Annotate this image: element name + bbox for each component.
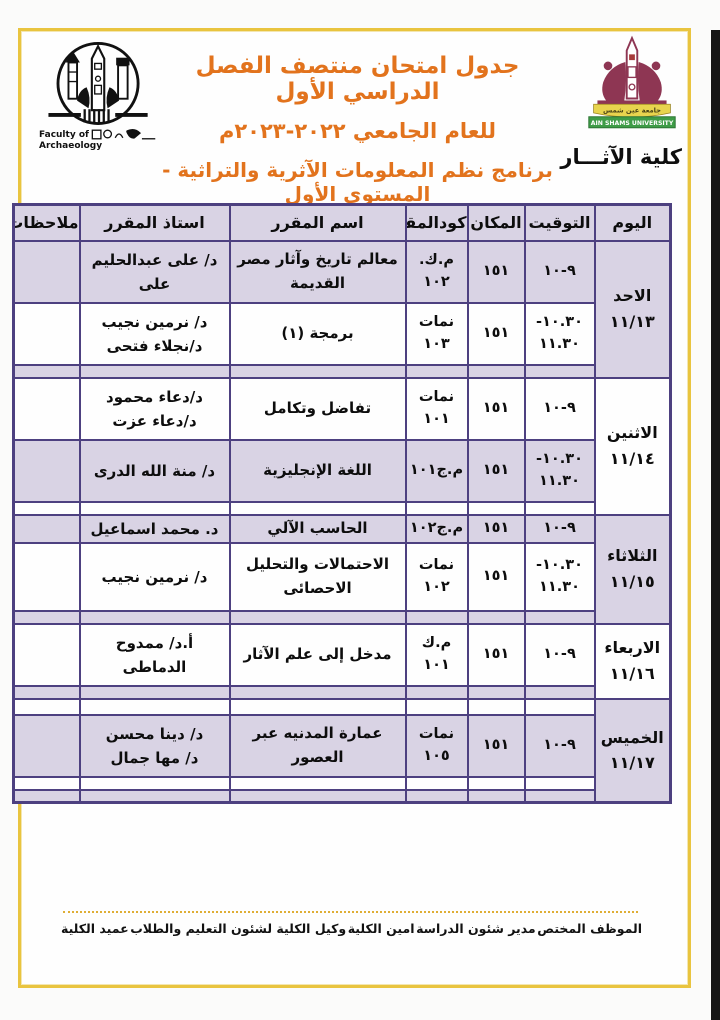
- spacer-row: [14, 502, 671, 515]
- course-cell: [230, 790, 406, 803]
- place-cell: [468, 790, 525, 803]
- col-header-time: التوقيت: [525, 205, 595, 241]
- exam-row: ١٠.٣٠-١١.٣٠١٥١نمات١٠٢الاحتمالات والتحليل…: [14, 543, 671, 611]
- notes-cell: [14, 440, 80, 502]
- notes-cell: [14, 790, 80, 803]
- code-cell: م.ج١٠٢: [406, 515, 468, 543]
- time-cell: [525, 502, 595, 515]
- code-cell: [406, 365, 468, 378]
- day-cell: الاحد١١/١٣: [595, 241, 671, 378]
- col-header-place: المكان: [468, 205, 525, 241]
- time-cell: [525, 611, 595, 624]
- exam-row: الاحد١١/١٣٩-١٠١٥١م.ك.١٠٢معالم تاريخ وآثا…: [14, 241, 671, 303]
- prof-cell: [80, 699, 230, 715]
- place-cell: [468, 502, 525, 515]
- time-cell: ٩-١٠: [525, 241, 595, 303]
- spacer-row: الخميس١١/١٧: [14, 699, 671, 715]
- col-header-course: اسم المقرر: [230, 205, 406, 241]
- time-cell: ٩-١٠: [525, 378, 595, 440]
- notes-cell: [14, 543, 80, 611]
- code-cell: م.ج١٠١: [406, 440, 468, 502]
- day-cell: الخميس١١/١٧: [595, 699, 671, 803]
- spacer-row: [14, 777, 671, 790]
- document-titles: جدول امتحان منتصف الفصل الدراسي الأول لل…: [145, 53, 570, 206]
- signature-label: مدير شئون الدراسة: [416, 921, 536, 936]
- prof-cell: [80, 686, 230, 699]
- time-cell: ١٠.٣٠-١١.٣٠: [525, 440, 595, 502]
- course-cell: عمارة المدنيه عبرالعصور: [230, 715, 406, 777]
- notes-cell: [14, 777, 80, 790]
- prof-cell: [80, 365, 230, 378]
- code-cell: [406, 686, 468, 699]
- exam-row: الاربعاء١١/١٦٩-١٠١٥١م.ك١٠١مدخل إلى علم ا…: [14, 624, 671, 686]
- course-cell: اللغة الإنجليزية: [230, 440, 406, 502]
- course-cell: [230, 502, 406, 515]
- col-header-day: اليوم: [595, 205, 671, 241]
- prof-cell: [80, 777, 230, 790]
- spacer-row: [14, 790, 671, 803]
- place-cell: ١٥١: [468, 515, 525, 543]
- document-frame: Faculty of Archaeology جدول امتحان منتصف…: [18, 28, 691, 988]
- time-cell: [525, 777, 595, 790]
- course-cell: [230, 686, 406, 699]
- place-cell: [468, 777, 525, 790]
- exam-row: ٩-١٠١٥١نمات١٠٥عمارة المدنيه عبرالعصورد/ …: [14, 715, 671, 777]
- course-cell: [230, 777, 406, 790]
- place-cell: [468, 699, 525, 715]
- course-cell: برمجة (١): [230, 303, 406, 365]
- col-header-professor: استاذ المقرر: [80, 205, 230, 241]
- notes-cell: [14, 686, 80, 699]
- faculty-name-arabic: كلية الآثـــار: [582, 145, 682, 169]
- time-cell: [525, 686, 595, 699]
- course-cell: الحاسب الآلي: [230, 515, 406, 543]
- notes-cell: [14, 303, 80, 365]
- course-cell: [230, 365, 406, 378]
- spacer-row: [14, 365, 671, 378]
- place-cell: ١٥١: [468, 241, 525, 303]
- time-cell: ٩-١٠: [525, 715, 595, 777]
- scanned-page: Faculty of Archaeology جدول امتحان منتصف…: [0, 0, 720, 1020]
- notes-cell: [14, 365, 80, 378]
- prof-cell: د/ دينا محسند/ مها جمال: [80, 715, 230, 777]
- university-name-arabic: جامعة عين شمس: [603, 106, 661, 114]
- prof-cell: د/ نرمين نجيبد/نجلاء فتحى: [80, 303, 230, 365]
- place-cell: ١٥١: [468, 303, 525, 365]
- notes-cell: [14, 699, 80, 715]
- code-cell: نمات١٠٥: [406, 715, 468, 777]
- notes-cell: [14, 611, 80, 624]
- university-emblem: جامعة عين شمس AIN SHAMS UNIVERSITY: [584, 35, 680, 139]
- prof-cell: [80, 790, 230, 803]
- faculty-logo-caption: Faculty of Archaeology: [39, 130, 102, 151]
- signature-label: الموظف المختص: [537, 921, 642, 936]
- time-cell: [525, 790, 595, 803]
- day-cell: الثلاثاء١١/١٥: [595, 515, 671, 624]
- title-line-1: جدول امتحان منتصف الفصل الدراسي الأول: [145, 53, 570, 105]
- prof-cell: د/ على عبدالحليمعلى: [80, 241, 230, 303]
- spacer-row: [14, 686, 671, 699]
- time-cell: [525, 365, 595, 378]
- place-cell: [468, 611, 525, 624]
- scan-edge-shadow: [711, 30, 720, 1020]
- course-cell: مدخل إلى علم الآثار: [230, 624, 406, 686]
- exam-row: ١٠.٣٠-١١.٣٠١٥١نمات١٠٣برمجة (١)د/ نرمين ن…: [14, 303, 671, 365]
- signature-label: وكيل الكلية لشئون التعليم والطلاب: [130, 921, 346, 936]
- notes-cell: [14, 241, 80, 303]
- place-cell: ١٥١: [468, 543, 525, 611]
- university-banner-text: AIN SHAMS UNIVERSITY: [591, 120, 674, 127]
- faculty-of-archaeology-logo: Faculty of Archaeology: [37, 39, 161, 151]
- place-cell: ١٥١: [468, 624, 525, 686]
- time-cell: [525, 699, 595, 715]
- col-header-code: كودالمقرر: [406, 205, 468, 241]
- spacer-row: [14, 611, 671, 624]
- course-cell: معالم تاريخ وآثار مصرالقديمة: [230, 241, 406, 303]
- exam-row: ١٠.٣٠-١١.٣٠١٥١م.ج١٠١اللغة الإنجليزيةد/ م…: [14, 440, 671, 502]
- prof-cell: د/ منة الله الدرى: [80, 440, 230, 502]
- place-cell: ١٥١: [468, 378, 525, 440]
- code-cell: [406, 502, 468, 515]
- notes-cell: [14, 715, 80, 777]
- signature-divider-line: [63, 911, 638, 913]
- prof-cell: د/دعاء محمودد/دعاء عزت: [80, 378, 230, 440]
- course-cell: تفاضل وتكامل: [230, 378, 406, 440]
- code-cell: م.ك١٠١: [406, 624, 468, 686]
- code-cell: [406, 790, 468, 803]
- notes-cell: [14, 515, 80, 543]
- signature-label: عميد الكلية: [61, 921, 129, 936]
- course-cell: الاحتمالات والتحليلالاحصائى: [230, 543, 406, 611]
- document-header: Faculty of Archaeology جدول امتحان منتصف…: [21, 31, 688, 203]
- code-cell: [406, 611, 468, 624]
- prof-cell: أ.د/ ممدوحالدماطى: [80, 624, 230, 686]
- ain-shams-university-logo: جامعة عين شمس AIN SHAMS UNIVERSITY كلية …: [582, 35, 682, 169]
- notes-cell: [14, 502, 80, 515]
- day-cell: الاثنين١١/١٤: [595, 378, 671, 515]
- place-cell: ١٥١: [468, 440, 525, 502]
- place-cell: ١٥١: [468, 715, 525, 777]
- code-cell: نمات١٠١: [406, 378, 468, 440]
- exam-row: الثلاثاء١١/١٥٩-١٠١٥١م.ج١٠٢الحاسب الآليد.…: [14, 515, 671, 543]
- title-line-3: برنامج نظم المعلومات الآثرية والتراثية -…: [145, 158, 570, 206]
- place-cell: [468, 365, 525, 378]
- notes-cell: [14, 378, 80, 440]
- time-cell: ١٠.٣٠-١١.٣٠: [525, 543, 595, 611]
- code-cell: نمات١٠٣: [406, 303, 468, 365]
- time-cell: ٩-١٠: [525, 515, 595, 543]
- prof-cell: د/ نرمين نجيب: [80, 543, 230, 611]
- code-cell: م.ك.١٠٢: [406, 241, 468, 303]
- code-cell: [406, 699, 468, 715]
- exam-schedule-table: اليوم التوقيت المكان كودالمقرر اسم المقر…: [12, 203, 672, 804]
- prof-cell: [80, 611, 230, 624]
- notes-cell: [14, 624, 80, 686]
- title-line-2: للعام الجامعي ٢٠٢٢-٢٠٢٣م: [145, 119, 570, 143]
- exam-row: الاثنين١١/١٤٩-١٠١٥١نمات١٠١تفاضل وتكاملد/…: [14, 378, 671, 440]
- place-cell: [468, 686, 525, 699]
- col-header-notes: ملاحظات: [14, 205, 80, 241]
- code-cell: نمات١٠٢: [406, 543, 468, 611]
- day-cell: الاربعاء١١/١٦: [595, 624, 671, 699]
- time-cell: ٩-١٠: [525, 624, 595, 686]
- prof-cell: [80, 502, 230, 515]
- course-cell: [230, 699, 406, 715]
- signature-row: الموظف المختصمدير شئون الدراسةامين الكلي…: [61, 921, 642, 936]
- course-cell: [230, 611, 406, 624]
- time-cell: ١٠.٣٠-١١.٣٠: [525, 303, 595, 365]
- code-cell: [406, 777, 468, 790]
- prof-cell: د. محمد اسماعيل: [80, 515, 230, 543]
- table-header-row: اليوم التوقيت المكان كودالمقرر اسم المقر…: [14, 205, 671, 241]
- signature-label: امين الكلية: [348, 921, 415, 936]
